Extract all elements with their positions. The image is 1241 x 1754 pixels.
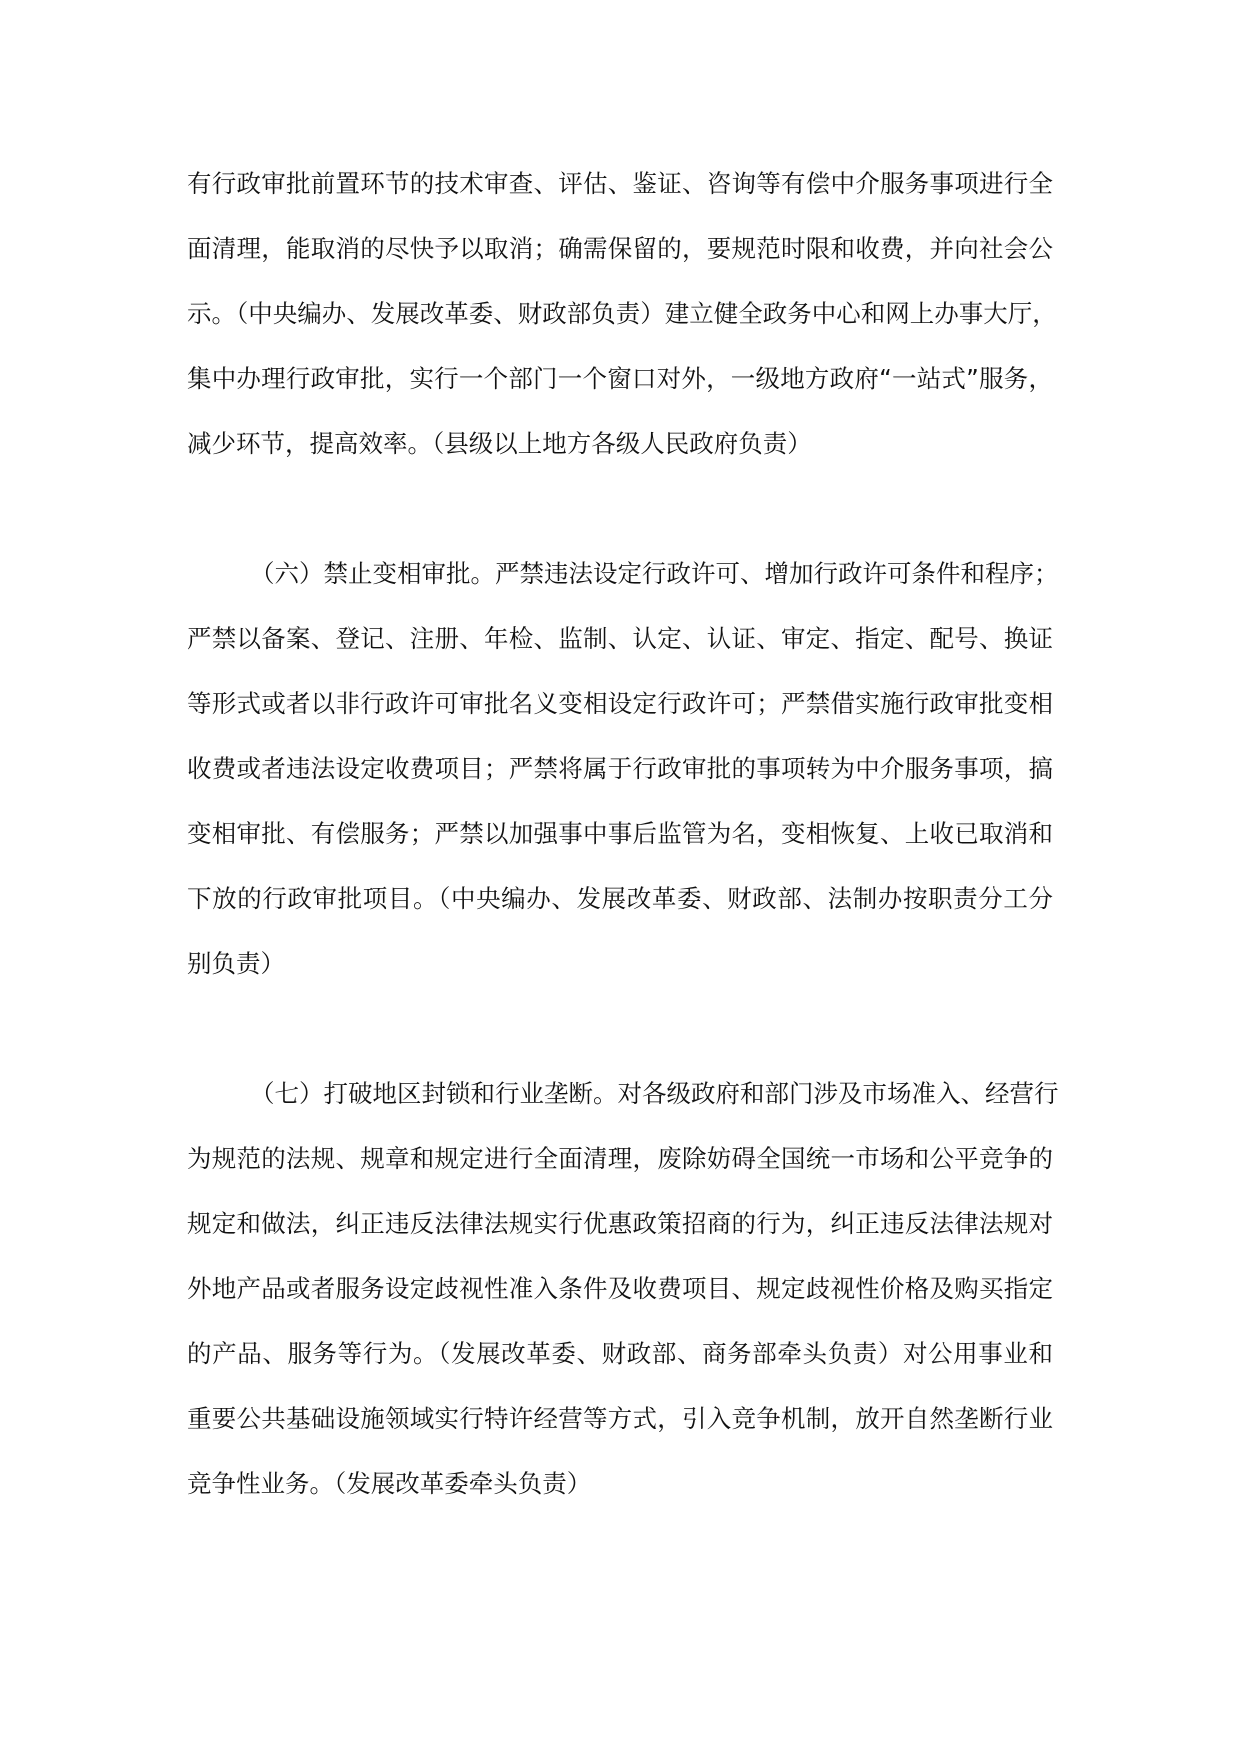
text-line: 示。（中央编办、发展改革委、财政部负责）建立健全政务中心和网上办事大厅， <box>187 290 1053 355</box>
paragraph-section-7: （七）打破地区封锁和行业垄断。对各级政府和部门涉及市场准入、经营行 为规范的法规… <box>187 1070 1053 1525</box>
text-line: 重要公共基础设施领域实行特许经营等方式，引入竞争机制，放开自然垄断行业 <box>187 1395 1053 1460</box>
document-page: 有行政审批前置环节的技术审查、评估、鉴证、咨询等有偿中介服务事项进行全 面清理，… <box>187 160 1053 1590</box>
text-line: 减少环节，提高效率。（县级以上地方各级人民政府负责） <box>187 420 1053 485</box>
paragraph-continuation: 有行政审批前置环节的技术审查、评估、鉴证、咨询等有偿中介服务事项进行全 面清理，… <box>187 160 1053 485</box>
text-line: 外地产品或者服务设定歧视性准入条件及收费项目、规定歧视性价格及购买指定 <box>187 1265 1053 1330</box>
text-line: 严禁以备案、登记、注册、年检、监制、认定、认证、审定、指定、配号、换证 <box>187 615 1053 680</box>
text-line: 收费或者违法设定收费项目；严禁将属于行政审批的事项转为中介服务事项，搞 <box>187 745 1053 810</box>
text-line: 等形式或者以非行政许可审批名义变相设定行政许可；严禁借实施行政审批变相 <box>187 680 1053 745</box>
text-line: 别负责） <box>187 940 1053 1005</box>
section-heading-line: （六）禁止变相审批。严禁违法设定行政许可、增加行政许可条件和程序； <box>187 550 1053 615</box>
paragraph-section-6: （六）禁止变相审批。严禁违法设定行政许可、增加行政许可条件和程序； 严禁以备案、… <box>187 550 1053 1005</box>
section-heading-line: （七）打破地区封锁和行业垄断。对各级政府和部门涉及市场准入、经营行 <box>187 1070 1053 1135</box>
text-line: 下放的行政审批项目。（中央编办、发展改革委、财政部、法制办按职责分工分 <box>187 875 1053 940</box>
text-line: 有行政审批前置环节的技术审查、评估、鉴证、咨询等有偿中介服务事项进行全 <box>187 160 1053 225</box>
text-line: 规定和做法，纠正违反法律法规实行优惠政策招商的行为，纠正违反法律法规对 <box>187 1200 1053 1265</box>
text-line: 为规范的法规、规章和规定进行全面清理，废除妨碍全国统一市场和公平竞争的 <box>187 1135 1053 1200</box>
text-line: 竞争性业务。（发展改革委牵头负责） <box>187 1460 1053 1525</box>
text-line: 的产品、服务等行为。（发展改革委、财政部、商务部牵头负责）对公用事业和 <box>187 1330 1053 1395</box>
text-line: 变相审批、有偿服务；严禁以加强事中事后监管为名，变相恢复、上收已取消和 <box>187 810 1053 875</box>
text-line: 面清理，能取消的尽快予以取消；确需保留的，要规范时限和收费，并向社会公 <box>187 225 1053 290</box>
text-line: 集中办理行政审批，实行一个部门一个窗口对外，一级地方政府“一站式”服务， <box>187 355 1053 420</box>
